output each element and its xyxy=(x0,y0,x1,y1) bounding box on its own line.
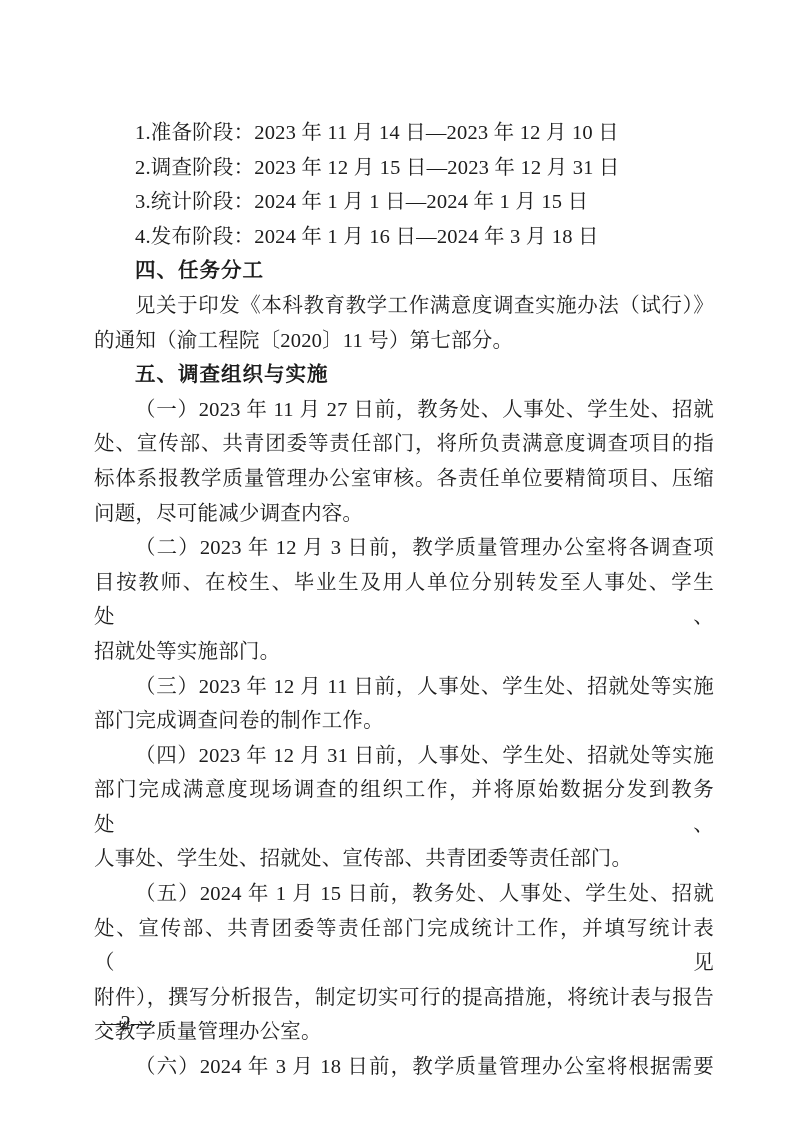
phase-item-4: 4.发布阶段：2024 年 1 月 16 日—2024 年 3 月 18 日 xyxy=(94,220,714,255)
paragraph-line: 目按教师、在校生、毕业生及用人单位分别转发至人事处、学生处、 xyxy=(94,566,714,635)
paragraph-line: 招就处等实施部门。 xyxy=(94,635,714,670)
paragraph-line: （五）2024 年 1 月 15 日前，教务处、人事处、学生处、招就 xyxy=(94,877,714,912)
document-page: 1.准备阶段：2023 年 11 月 14 日—2023 年 12 月 10 日… xyxy=(0,0,793,1122)
section-heading-5: 五、调查组织与实施 xyxy=(94,358,714,393)
paragraph-line: 部门完成调查问卷的制作工作。 xyxy=(94,704,714,739)
paragraph-line: 交教学质量管理办公室。 xyxy=(94,1015,714,1050)
section4-line-1: 见关于印发《本科教育教学工作满意度调查实施办法（试行）》 xyxy=(94,289,714,324)
paragraph-line: 部门完成满意度现场调查的组织工作，并将原始数据分发到教务处、 xyxy=(94,773,714,842)
paragraph-line: 标体系报教学质量管理办公室审核。各责任单位要精简项目、压缩 xyxy=(94,462,714,497)
paragraph-line: （一）2023 年 11 月 27 日前，教务处、人事处、学生处、招就 xyxy=(94,393,714,428)
phase-item-3: 3.统计阶段：2024 年 1 月 1 日—2024 年 1 月 15 日 xyxy=(94,185,714,220)
paragraph-line: 问题，尽可能减少调查内容。 xyxy=(94,497,714,532)
phase-item-2: 2.调查阶段：2023 年 12 月 15 日—2023 年 12 月 31 日 xyxy=(94,151,714,186)
paragraph-line: 人事处、学生处、招就处、宣传部、共青团委等责任部门。 xyxy=(94,842,714,877)
paragraph-line: （三）2023 年 12 月 11 日前，人事处、学生处、招就处等实施 xyxy=(94,670,714,705)
section4-line-2: 的通知（渝工程院〔2020〕11 号）第七部分。 xyxy=(94,324,714,359)
section-heading-4: 四、任务分工 xyxy=(94,254,714,289)
paragraph-line: （四）2023 年 12 月 31 日前，人事处、学生处、招就处等实施 xyxy=(94,739,714,774)
paragraph-line: 附件），撰写分析报告，制定切实可行的提高措施，将统计表与报告 xyxy=(94,981,714,1016)
page-number: —2— xyxy=(100,1006,151,1041)
paragraph-line: 处、宣传部、共青团委等责任部门，将所负责满意度调查项目的指 xyxy=(94,427,714,462)
paragraph-line: （二）2023 年 12 月 3 日前，教学质量管理办公室将各调查项 xyxy=(94,531,714,566)
paragraph-line: 处、宣传部、共青团委等责任部门完成统计工作，并填写统计表（见 xyxy=(94,912,714,981)
phase-item-1: 1.准备阶段：2023 年 11 月 14 日—2023 年 12 月 10 日 xyxy=(94,116,714,151)
paragraph-line: （六）2024 年 3 月 18 日前，教学质量管理办公室将根据需要 xyxy=(94,1050,714,1085)
document-body: 1.准备阶段：2023 年 11 月 14 日—2023 年 12 月 10 日… xyxy=(94,116,714,1085)
